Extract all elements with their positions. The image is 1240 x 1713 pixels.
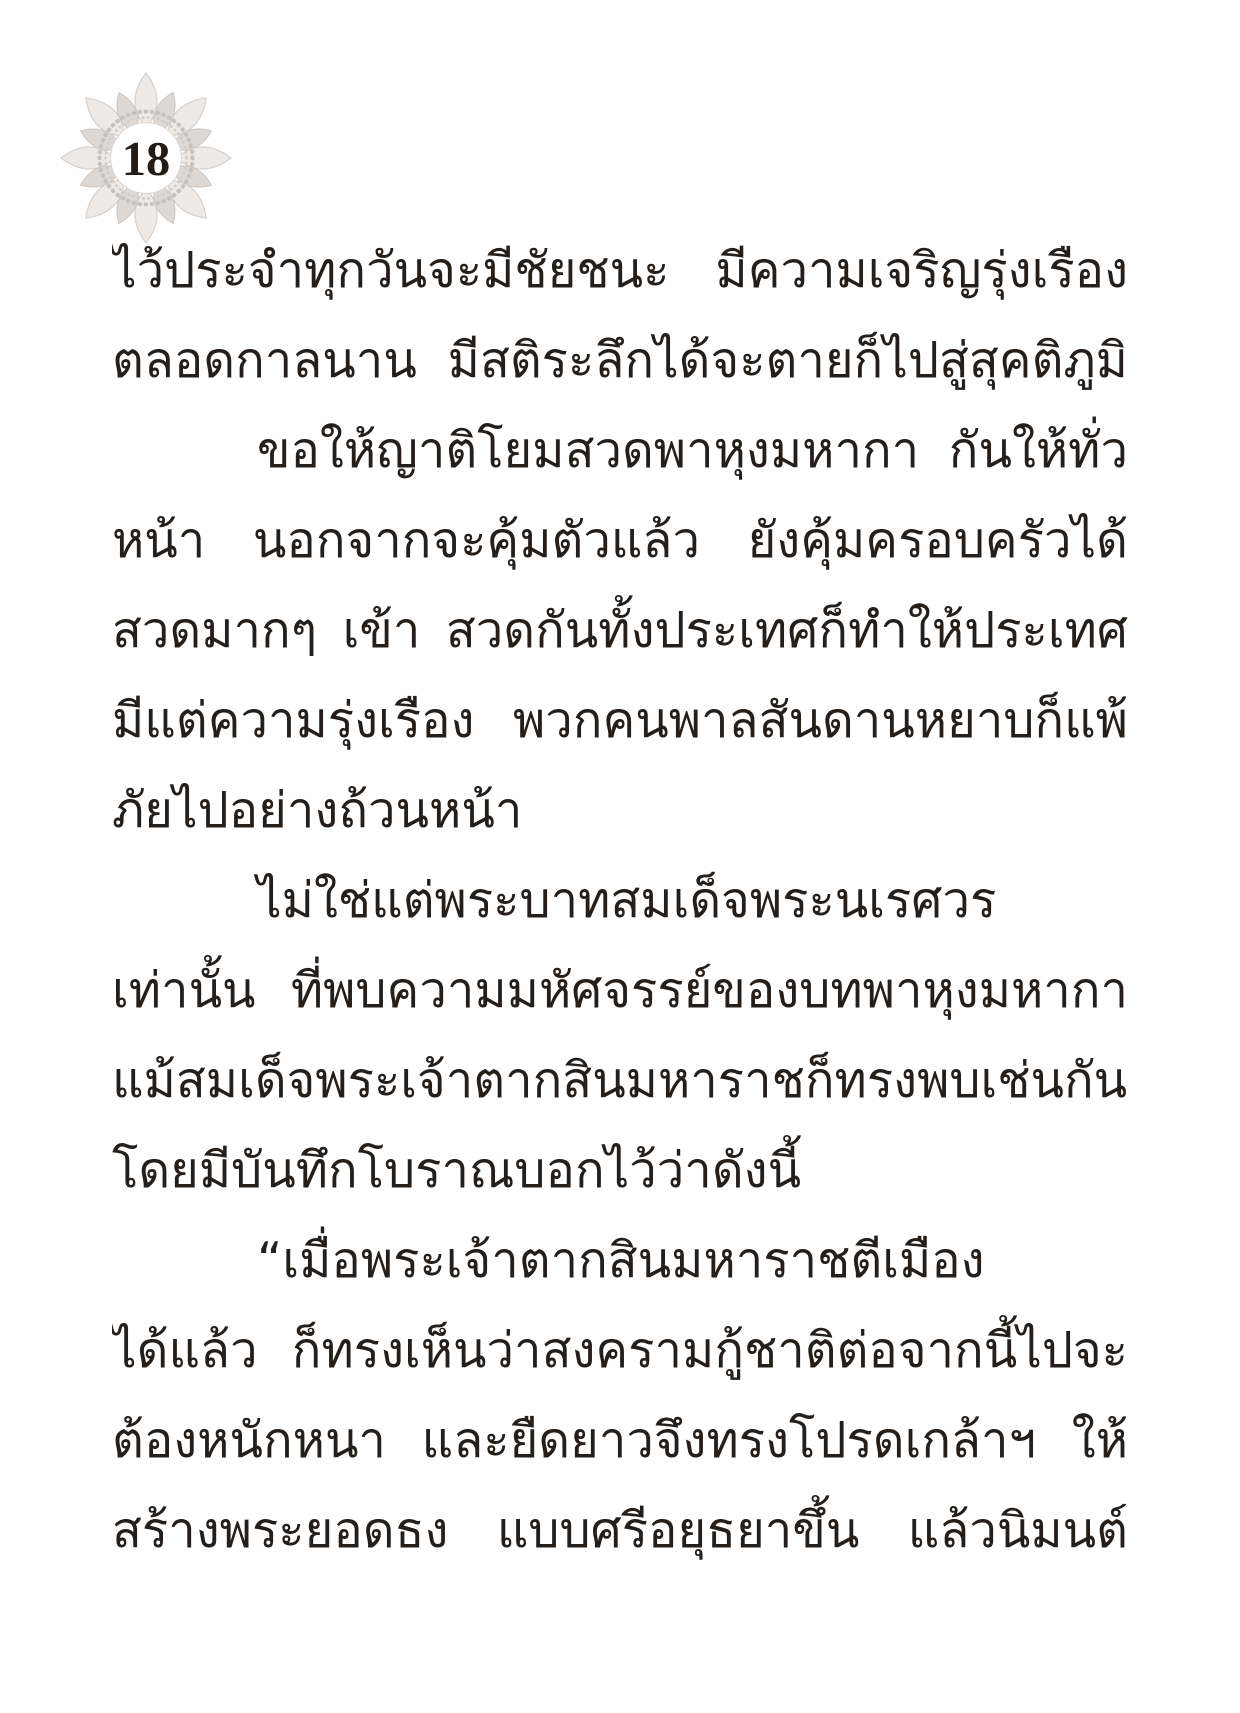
text-line: สวดมากๆ เข้า สวดกันทั้งประเทศก็ทำให้ประเ…: [112, 586, 1128, 676]
book-page: 18 ไว้ประจำทุกวันจะมีชัยชนะ มีความเจริญร…: [0, 0, 1240, 1713]
text-line: ต้องหนักหนา และยืดยาวจึงทรงโปรดเกล้าฯ ให…: [112, 1396, 1128, 1486]
text-line: “เมื่อพระเจ้าตากสินมหาราชตีเมืองจันทบุรี: [112, 1216, 1128, 1306]
text-line: ขอให้ญาติโยมสวดพาหุงมหากา กันให้ทั่ว: [112, 406, 1128, 496]
text-line: ไม่ใช่แต่พระบาทสมเด็จพระนเรศวรมหาราช: [112, 856, 1128, 946]
text-line: ตลอดกาลนาน มีสติระลึกได้จะตายก็ไปสู่สุคต…: [112, 316, 1128, 406]
lotus-ornament-icon: 18: [58, 70, 234, 246]
page-number: 18: [122, 132, 171, 186]
text-line: เท่านั้น ที่พบความมหัศจรรย์ของบทพาหุงมหา…: [112, 946, 1128, 1036]
text-line: ภัยไปอย่างถ้วนหน้า: [112, 766, 1128, 856]
text-line: แม้สมเด็จพระเจ้าตากสินมหาราชก็ทรงพบเช่นก…: [112, 1036, 1128, 1126]
page-number-medallion: 18: [58, 70, 234, 246]
body-text: ไว้ประจำทุกวันจะมีชัยชนะ มีความเจริญรุ่ง…: [112, 226, 1128, 1576]
text-line: ไว้ประจำทุกวันจะมีชัยชนะ มีความเจริญรุ่ง…: [112, 226, 1128, 316]
text-line: ได้แล้ว ก็ทรงเห็นว่าสงครามกู้ชาติต่อจากน…: [112, 1306, 1128, 1396]
text-line: โดยมีบันทึกโบราณบอกไว้ว่าดังนี้: [112, 1126, 1128, 1216]
text-line: สร้างพระยอดธง แบบศรีอยุธยาขึ้น แล้วนิมนต…: [112, 1486, 1128, 1576]
text-line: มีแต่ความรุ่งเรือง พวกคนพาลสันดานหยาบก็แ…: [112, 676, 1128, 766]
text-line: หน้า นอกจากจะคุ้มตัวแล้ว ยังคุ้มครอบครัว…: [112, 496, 1128, 586]
